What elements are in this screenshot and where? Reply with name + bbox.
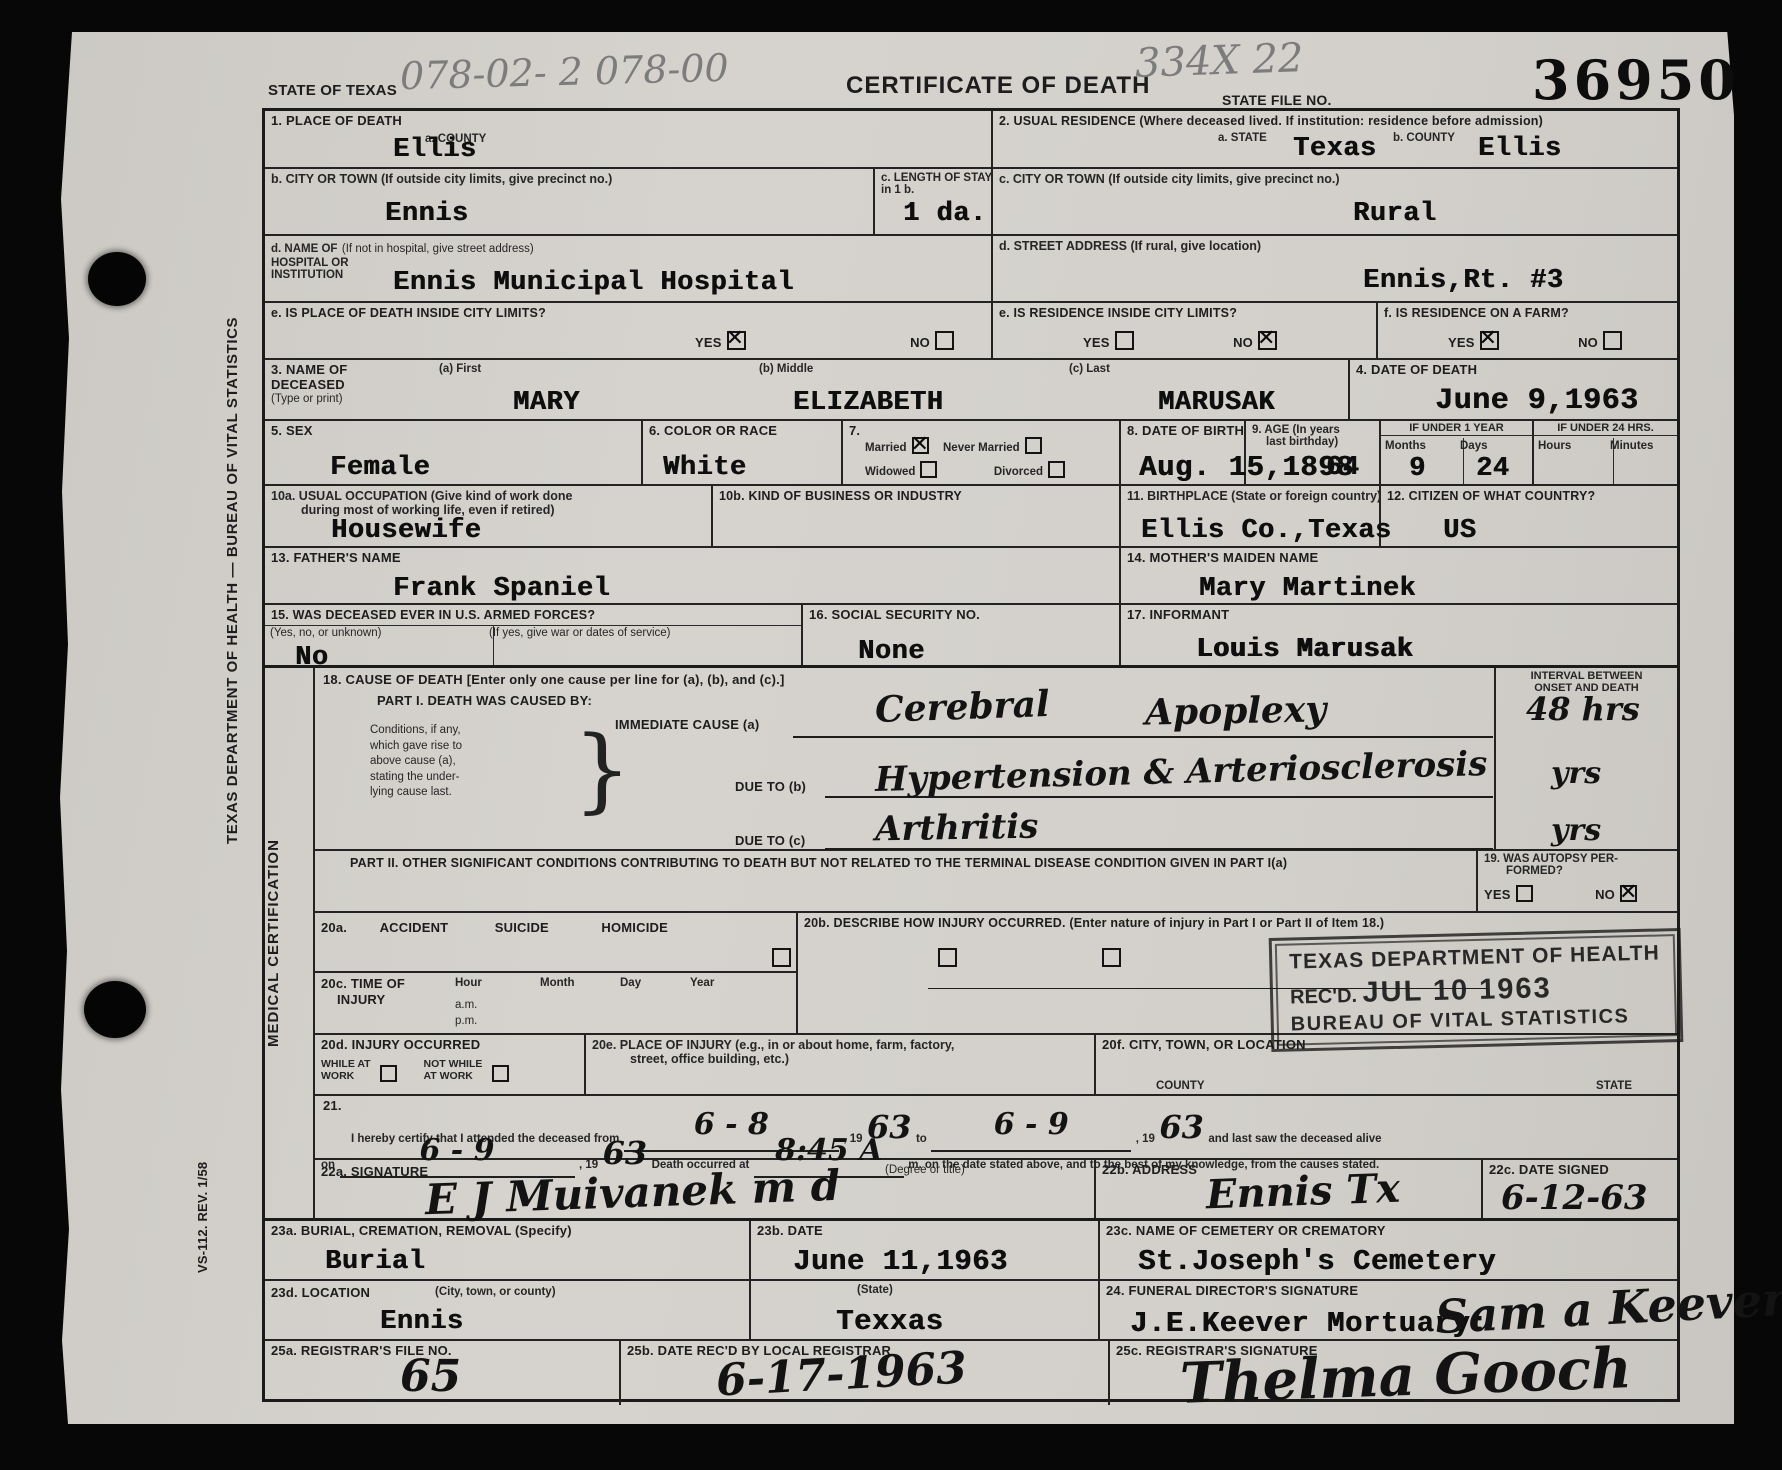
not-while-at-work-checkbox	[492, 1065, 509, 1082]
am-label: a.m.	[455, 999, 477, 1011]
mothers-name-value: Mary Martinek	[1199, 574, 1416, 604]
state-file-number: 36950	[1532, 48, 1740, 112]
fathers-name-label: 13. FATHER'S NAME	[271, 551, 1113, 566]
field-sex: 5. SEX Female	[265, 421, 643, 484]
field-funeral-director: 24. FUNERAL DIRECTOR'S SIGNATURE J.E.Kee…	[1100, 1281, 1677, 1339]
place-of-injury-label1: 20e. PLACE OF INJURY (e.g., in or about …	[592, 1038, 1088, 1052]
pencil-note: 334X 22	[1134, 35, 1304, 87]
interval-c-value: yrs	[1551, 813, 1601, 848]
place-of-death-label: 1. PLACE OF DEATH	[271, 114, 985, 129]
divorced-checkbox	[1048, 461, 1065, 478]
row-location: 23d. LOCATION (City, town, or county) En…	[265, 1281, 1677, 1341]
date-signed-label: 22c. DATE SIGNED	[1489, 1163, 1671, 1178]
birthplace-label: 11. BIRTHPLACE (State or foreign country…	[1127, 489, 1373, 503]
residence-limits-no-label: NO	[1233, 335, 1253, 350]
residence-county-value: Ellis	[1478, 134, 1562, 164]
armed-forces-label: 15. WAS DECEASED EVER IN U.S. ARMED FORC…	[265, 605, 801, 626]
stay-label: c. LENGTH OF STAY	[881, 172, 985, 184]
field-registrar-signature: 25c. REGISTRAR'S SIGNATURE Thelma Gooch	[1110, 1341, 1677, 1405]
never-married-label: Never Married	[943, 442, 1020, 454]
while-at-work-label: WHILE ATWORK	[321, 1059, 371, 1082]
hole-punch-bottom	[84, 981, 146, 1038]
interval-a-value: 48 hrs	[1526, 690, 1640, 728]
field-physician-address: 22b. ADDRESS Ennis Tx	[1096, 1160, 1483, 1218]
widowed-label: Widowed	[865, 466, 915, 478]
location-sub1: (City, town, or county)	[435, 1286, 556, 1298]
row-city-stay: b. CITY OR TOWN (If outside city limits,…	[265, 169, 1677, 236]
field-residence-city-limits: e. IS RESIDENCE INSIDE CITY LIMITS? YES …	[993, 303, 1378, 358]
immediate-cause-label: IMMEDIATE CAUSE (a)	[615, 718, 759, 733]
due-to-b-label: DUE TO (b)	[735, 780, 806, 795]
field-armed-forces: 15. WAS DECEASED EVER IN U.S. ARMED FORC…	[265, 605, 803, 665]
suicide-label: SUICIDE	[495, 920, 549, 935]
agency-vertical-text: TEXAS DEPARTMENT OF HEALTH — BUREAU OF V…	[224, 295, 250, 865]
burial-value: Burial	[325, 1247, 425, 1277]
registrar-file-value: 65	[400, 1351, 461, 1402]
residence-limits-yes-checkbox	[1115, 331, 1134, 350]
certify-date1: 6 - 8	[694, 1107, 769, 1142]
field-under-1-year: IF UNDER 1 YEAR Months 9 Days 24	[1381, 421, 1534, 484]
field-city-or-town: b. CITY OR TOWN (If outside city limits,…	[265, 169, 875, 234]
not-while-at-work-label: NOT WHILEAT WORK	[423, 1059, 482, 1082]
minutes-label: Minutes	[1610, 440, 1673, 452]
field-color-race: 6. COLOR OR RACE White	[643, 421, 843, 484]
citizen-label: 12. CITIZEN OF WHAT COUNTRY?	[1387, 489, 1671, 503]
residence-county-label: b. COUNTY	[1393, 132, 1455, 144]
cemetery-value: St.Joseph's Cemetery	[1138, 1245, 1496, 1278]
conditions-line1: Conditions, if any,	[370, 723, 580, 739]
armed-forces-sub2: (If yes, give war or dates of service)	[489, 627, 796, 639]
date-of-birth-value: Aug. 15,1898	[1139, 451, 1354, 484]
pencil-code: 078-02- 2 078-00	[399, 46, 729, 99]
field-street-address: d. STREET ADDRESS (If rural, give locati…	[993, 236, 1677, 301]
under24-header: IF UNDER 24 HRS.	[1534, 421, 1677, 436]
field-middle-name: (b) Middle ELIZABETH	[753, 360, 1063, 419]
farm-yes-label: YES	[1448, 335, 1475, 350]
row-place-residence: 1. PLACE OF DEATH a. COUNTY Ellis 2. USU…	[265, 111, 1677, 169]
cemetery-label: 23c. NAME OF CEMETERY OR CREMATORY	[1106, 1224, 1671, 1239]
business-label: 10b. KIND OF BUSINESS OR INDUSTRY	[719, 489, 1113, 503]
location-label: 23d. LOCATION	[271, 1285, 370, 1300]
row-signature: 22a. SIGNATURE (Degree or title) E J Mui…	[315, 1160, 1677, 1221]
residence-state-value: Texas	[1293, 134, 1377, 164]
conditions-line5: lying cause last.	[370, 785, 580, 801]
describe-injury-label: 20b. DESCRIBE HOW INJURY OCCURRED. (Ente…	[804, 916, 1671, 930]
part1-label: PART I. DEATH WAS CAUSED BY:	[377, 694, 592, 709]
homicide-label: HOMICIDE	[601, 920, 668, 935]
certificate-form: 1. PLACE OF DEATH a. COUNTY Ellis 2. USU…	[262, 108, 1680, 1402]
never-married-checkbox	[1025, 437, 1042, 454]
street-address-label: d. STREET ADDRESS (If rural, give locati…	[999, 239, 1671, 253]
days-label: Days	[1460, 440, 1528, 452]
field-burial-state: (State) Texxas	[751, 1281, 1100, 1339]
conditions-line2: which gave rise to	[370, 739, 580, 755]
age-label1: 9. AGE (In years	[1252, 424, 1373, 436]
farm-no-checkbox	[1603, 331, 1622, 350]
year-label: Year	[690, 977, 714, 989]
conditions-line4: stating the under-	[370, 770, 580, 786]
county-value: Ellis	[393, 135, 477, 165]
first-name-value: MARY	[513, 388, 580, 418]
cause-b-value: Hypertension & Arteriosclerosis	[875, 744, 1488, 800]
field-burial-type: 23a. BURIAL, CREMATION, REMOVAL (Specify…	[265, 1221, 751, 1279]
day-label: Day	[620, 977, 641, 989]
sex-value: Female	[330, 453, 430, 483]
stamp-line1: TEXAS DEPARTMENT OF HEALTH	[1289, 941, 1663, 974]
f20a-label: 20a.	[321, 920, 347, 935]
time-of-injury-label2: INJURY	[337, 993, 385, 1008]
field-informant: 17. INFORMANT Louis Marusak	[1121, 605, 1677, 665]
field-burial-date: 23b. DATE June 11,1963	[751, 1221, 1100, 1279]
field-registrar-date: 25b. DATE REC'D BY LOCAL REGISTRAR 6-17-…	[621, 1341, 1110, 1405]
burial-label: 23a. BURIAL, CREMATION, REMOVAL (Specify…	[271, 1224, 743, 1239]
residence-limits-no-checkbox	[1258, 331, 1277, 350]
field-length-of-stay: c. LENGTH OF STAY in 1 b. 1 da.	[875, 169, 993, 234]
burial-date-label: 23b. DATE	[757, 1224, 1092, 1239]
field-place-of-injury: 20e. PLACE OF INJURY (e.g., in or about …	[586, 1035, 1096, 1094]
field-hospital: d. NAME OF (If not in hospital, give str…	[265, 236, 993, 301]
location-sub2: (State)	[757, 1284, 1092, 1296]
occupation-value: Housewife	[331, 516, 481, 546]
field-usual-residence: 2. USUAL RESIDENCE (Where deceased lived…	[993, 111, 1677, 167]
occupation-label1: 10a. USUAL OCCUPATION (Give kind of work…	[271, 489, 705, 503]
autopsy-no-label: NO	[1595, 887, 1615, 902]
date-signed-value: 6-12-63	[1501, 1178, 1648, 1218]
field-burial-location: 23d. LOCATION (City, town, or county) En…	[265, 1281, 751, 1339]
injury-county-label: COUNTY	[1156, 1080, 1205, 1092]
physician-address-value: Ennis Tx	[1205, 1165, 1400, 1219]
field-fathers-name: 13. FATHER'S NAME Frank Spaniel	[265, 548, 1121, 603]
injury-occurred-label: 20d. INJURY OCCURRED	[321, 1038, 578, 1053]
last-name-value: MARUSAK	[1158, 388, 1275, 418]
row-occupation: 10a. USUAL OCCUPATION (Give kind of work…	[265, 486, 1677, 548]
row-city-limits: e. IS PLACE OF DEATH INSIDE CITY LIMITS?…	[265, 303, 1677, 360]
ssn-label: 16. SOCIAL SECURITY NO.	[809, 608, 1113, 623]
death-limits-label: e. IS PLACE OF DEATH INSIDE CITY LIMITS?	[271, 306, 985, 320]
row-burial: 23a. BURIAL, CREMATION, REMOVAL (Specify…	[265, 1221, 1677, 1281]
death-limits-yes-label: YES	[695, 335, 722, 350]
date-of-birth-label: 8. DATE OF BIRTH	[1127, 424, 1244, 439]
row-forces-ssn-informant: 15. WAS DECEASED EVER IN U.S. ARMED FORC…	[265, 605, 1677, 668]
conditions-line3: above cause (a),	[370, 754, 580, 770]
street-address-value: Ennis,Rt. #3	[1363, 266, 1563, 296]
middle-name-value: ELIZABETH	[793, 388, 943, 418]
autopsy-label2: FORMED?	[1484, 865, 1671, 877]
state-file-no-label: STATE FILE NO.	[1222, 92, 1332, 108]
field-cemetery: 23c. NAME OF CEMETERY OR CREMATORY St.Jo…	[1100, 1221, 1677, 1279]
burial-date-value: June 11,1963	[793, 1245, 1008, 1278]
field-ssn: 16. SOCIAL SECURITY NO. None	[803, 605, 1121, 665]
field-accident-suicide-homicide: 20a. ACCIDENT SUICIDE HOMICIDE 20c. TIME…	[315, 913, 798, 1033]
scanned-death-certificate: { "header": { "state_of_texas": "STATE O…	[0, 0, 1782, 1470]
location-state-value: Texxas	[836, 1305, 943, 1338]
field-date-of-birth: 8. DATE OF BIRTH Aug. 15,1898	[1121, 421, 1246, 484]
accident-checkbox	[772, 948, 791, 967]
row-certify: 21. I hereby certify that I attended the…	[315, 1096, 1677, 1160]
sex-label: 5. SEX	[271, 424, 635, 439]
name-label1: 3. NAME OF	[271, 363, 427, 378]
month-label: Month	[540, 977, 574, 989]
field-injury-occurred: 20d. INJURY OCCURRED WHILE ATWORK NOT WH…	[315, 1035, 586, 1094]
received-stamp: TEXAS DEPARTMENT OF HEALTH REC'D. JUL 10…	[1269, 928, 1684, 1052]
certify-number: 21.	[323, 1099, 342, 1114]
cause-a-value2: Apoplexy	[1145, 688, 1327, 733]
hospital-value: Ennis Municipal Hospital	[393, 268, 794, 298]
interval-b-value: yrs	[1551, 756, 1601, 791]
residence-city-label: c. CITY OR TOWN (If outside city limits,…	[999, 172, 1671, 186]
informant-value: Louis Marusak	[1196, 635, 1413, 665]
cause-a-value1: Cerebral	[874, 683, 1050, 731]
form-code-vertical-text: VS-112. REV. 1/58	[196, 1092, 218, 1342]
medical-certification-strip: MEDICAL CERTIFICATION	[265, 668, 315, 1221]
residence-state-label: a. STATE	[1218, 132, 1267, 144]
field-place-of-death: 1. PLACE OF DEATH a. COUNTY Ellis	[265, 111, 993, 167]
field-mothers-maiden-name: 14. MOTHER'S MAIDEN NAME Mary Martinek	[1121, 548, 1677, 603]
hospital-label-a: d. NAME OF	[271, 243, 337, 255]
date-of-death-label: 4. DATE OF DEATH	[1356, 363, 1671, 378]
birthplace-value: Ellis Co.,Texas	[1141, 516, 1392, 546]
field-birthplace: 11. BIRTHPLACE (State or foreign country…	[1121, 486, 1381, 546]
medical-certification-label: MEDICAL CERTIFICATION	[265, 668, 313, 1218]
months-label: Months	[1385, 440, 1459, 452]
divorced-label: Divorced	[994, 466, 1043, 478]
autopsy-yes-checkbox	[1516, 885, 1533, 902]
field-marital-status: 7. Married Never Married Widowed Divorce…	[843, 421, 1121, 484]
hospital-label-b: (If not in hospital, give street address…	[342, 243, 534, 255]
ssn-value: None	[858, 637, 925, 667]
days-value: 24	[1476, 454, 1509, 484]
city-value: Ennis	[385, 199, 469, 229]
interval-label1: INTERVAL BETWEEN	[1500, 670, 1673, 682]
last-name-label: (c) Last	[1069, 363, 1342, 375]
row-name-deceased: 3. NAME OF DECEASED (Type or print) (a) …	[265, 360, 1677, 421]
field-date-of-death: 4. DATE OF DEATH June 9,1963	[1350, 360, 1677, 419]
location-city-value: Ennis	[380, 1307, 464, 1337]
field-under-24-hrs: IF UNDER 24 HRS. Hours Minutes	[1534, 421, 1677, 484]
city-label: b. CITY OR TOWN (If outside city limits,…	[271, 172, 867, 186]
occupation-label2: during most of working life, even if ret…	[271, 503, 705, 517]
due-to-c-label: DUE TO (c)	[735, 834, 805, 849]
field-registrar-file-no: 25a. REGISTRAR'S FILE NO. 65	[265, 1341, 621, 1405]
first-name-label: (a) First	[439, 363, 747, 375]
hours-label: Hours	[1538, 440, 1609, 452]
cause-c-value: Arthritis	[875, 807, 1039, 850]
farm-no-label: NO	[1578, 335, 1598, 350]
married-checkbox	[912, 437, 929, 454]
autopsy-label1: 19. WAS AUTOPSY PER-	[1484, 853, 1671, 865]
place-of-injury-label2: street, office building, etc.)	[592, 1052, 1088, 1066]
residence-farm-label: f. IS RESIDENCE ON A FARM?	[1384, 306, 1671, 320]
informant-label: 17. INFORMANT	[1127, 608, 1671, 623]
certificate-title: CERTIFICATE OF DEATH	[846, 72, 1150, 100]
autopsy-no-checkbox	[1620, 885, 1637, 902]
row-part2: PART II. OTHER SIGNIFICANT CONDITIONS CO…	[315, 851, 1677, 913]
field-last-name: (c) Last MARUSAK	[1063, 360, 1350, 419]
row-registrar: 25a. REGISTRAR'S FILE NO. 65 25b. DATE R…	[265, 1341, 1677, 1405]
name-label2: DECEASED	[271, 378, 427, 393]
mothers-name-label: 14. MOTHER'S MAIDEN NAME	[1127, 551, 1671, 566]
field-first-name: (a) First MARY	[433, 360, 753, 419]
stay-value: 1 da.	[903, 199, 987, 229]
field-physician-signature: 22a. SIGNATURE (Degree or title) E J Mui…	[315, 1160, 1096, 1218]
field-name-of-deceased: 3. NAME OF DECEASED (Type or print)	[265, 360, 433, 419]
field-residence-city: c. CITY OR TOWN (If outside city limits,…	[993, 169, 1677, 234]
time-of-injury-label1: 20c. TIME OF	[321, 977, 405, 992]
field-interval: INTERVAL BETWEEN ONSET AND DEATH 48 hrs …	[1494, 668, 1677, 849]
under1-header: IF UNDER 1 YEAR	[1381, 421, 1532, 436]
months-value: 9	[1409, 454, 1426, 484]
while-at-work-checkbox	[380, 1065, 397, 1082]
middle-name-label: (b) Middle	[759, 363, 1057, 375]
hour-label: Hour	[455, 977, 482, 989]
death-limits-no-checkbox	[935, 331, 954, 350]
row-sex-race-age: 5. SEX Female 6. COLOR OR RACE White 7. …	[265, 421, 1677, 486]
certify-date2: 6 - 9	[994, 1107, 1069, 1142]
field-business-industry: 10b. KIND OF BUSINESS OR INDUSTRY	[713, 486, 1121, 546]
residence-city-value: Rural	[1353, 199, 1437, 229]
field-death-city-limits: e. IS PLACE OF DEATH INSIDE CITY LIMITS?…	[265, 303, 993, 358]
stay-label2: in 1 b.	[881, 184, 985, 196]
fathers-name-value: Frank Spaniel	[393, 574, 610, 604]
armed-forces-sub1: (Yes, no, or unknown)	[270, 627, 488, 639]
row-hospital-street: d. NAME OF (If not in hospital, give str…	[265, 236, 1677, 303]
degree-label: (Degree or title)	[885, 1164, 965, 1176]
field-occupation: 10a. USUAL OCCUPATION (Give kind of work…	[265, 486, 713, 546]
field-citizen: 12. CITIZEN OF WHAT COUNTRY? US	[1381, 486, 1677, 546]
field-date-signed: 22c. DATE SIGNED 6-12-63	[1483, 1160, 1677, 1218]
accident-label: ACCIDENT	[380, 920, 449, 935]
widowed-checkbox	[920, 461, 937, 478]
state-of-texas-label: STATE OF TEXAS	[268, 82, 397, 99]
farm-yes-checkbox	[1480, 331, 1499, 350]
part2-label: PART II. OTHER SIGNIFICANT CONDITIONS CO…	[350, 856, 1287, 870]
date-of-death-value: June 9,1963	[1435, 384, 1639, 418]
residence-limits-yes-label: YES	[1083, 335, 1110, 350]
death-limits-no-label: NO	[910, 335, 930, 350]
cause-of-death-label: 18. CAUSE OF DEATH [Enter only one cause…	[323, 673, 784, 688]
injury-state-label: STATE	[1596, 1080, 1632, 1092]
residence-limits-label: e. IS RESIDENCE INSIDE CITY LIMITS?	[999, 306, 1370, 320]
color-race-label: 6. COLOR OR RACE	[649, 424, 835, 439]
pm-label: p.m.	[455, 1015, 477, 1027]
color-race-value: White	[663, 453, 747, 483]
row-cause-of-death: 18. CAUSE OF DEATH [Enter only one cause…	[315, 668, 1677, 851]
field-autopsy: 19. WAS AUTOPSY PER- FORMED? YES NO	[1476, 851, 1677, 911]
name-label3: (Type or print)	[271, 393, 427, 405]
physician-signature-value: E J Muivanek m d	[424, 1161, 841, 1224]
age-label2: last birthday)	[1252, 436, 1373, 448]
usual-residence-label: 2. USUAL RESIDENCE (Where deceased lived…	[999, 114, 1671, 128]
hole-punch-top	[88, 252, 146, 306]
citizen-value: US	[1443, 516, 1476, 546]
death-limits-yes-checkbox	[727, 331, 746, 350]
signature-label: 22a. SIGNATURE	[321, 1164, 428, 1179]
autopsy-yes-label: YES	[1484, 887, 1511, 902]
field-residence-farm: f. IS RESIDENCE ON A FARM? YES NO	[1378, 303, 1677, 358]
married-label: Married	[865, 442, 907, 454]
row-parents: 13. FATHER'S NAME Frank Spaniel 14. MOTH…	[265, 548, 1677, 605]
